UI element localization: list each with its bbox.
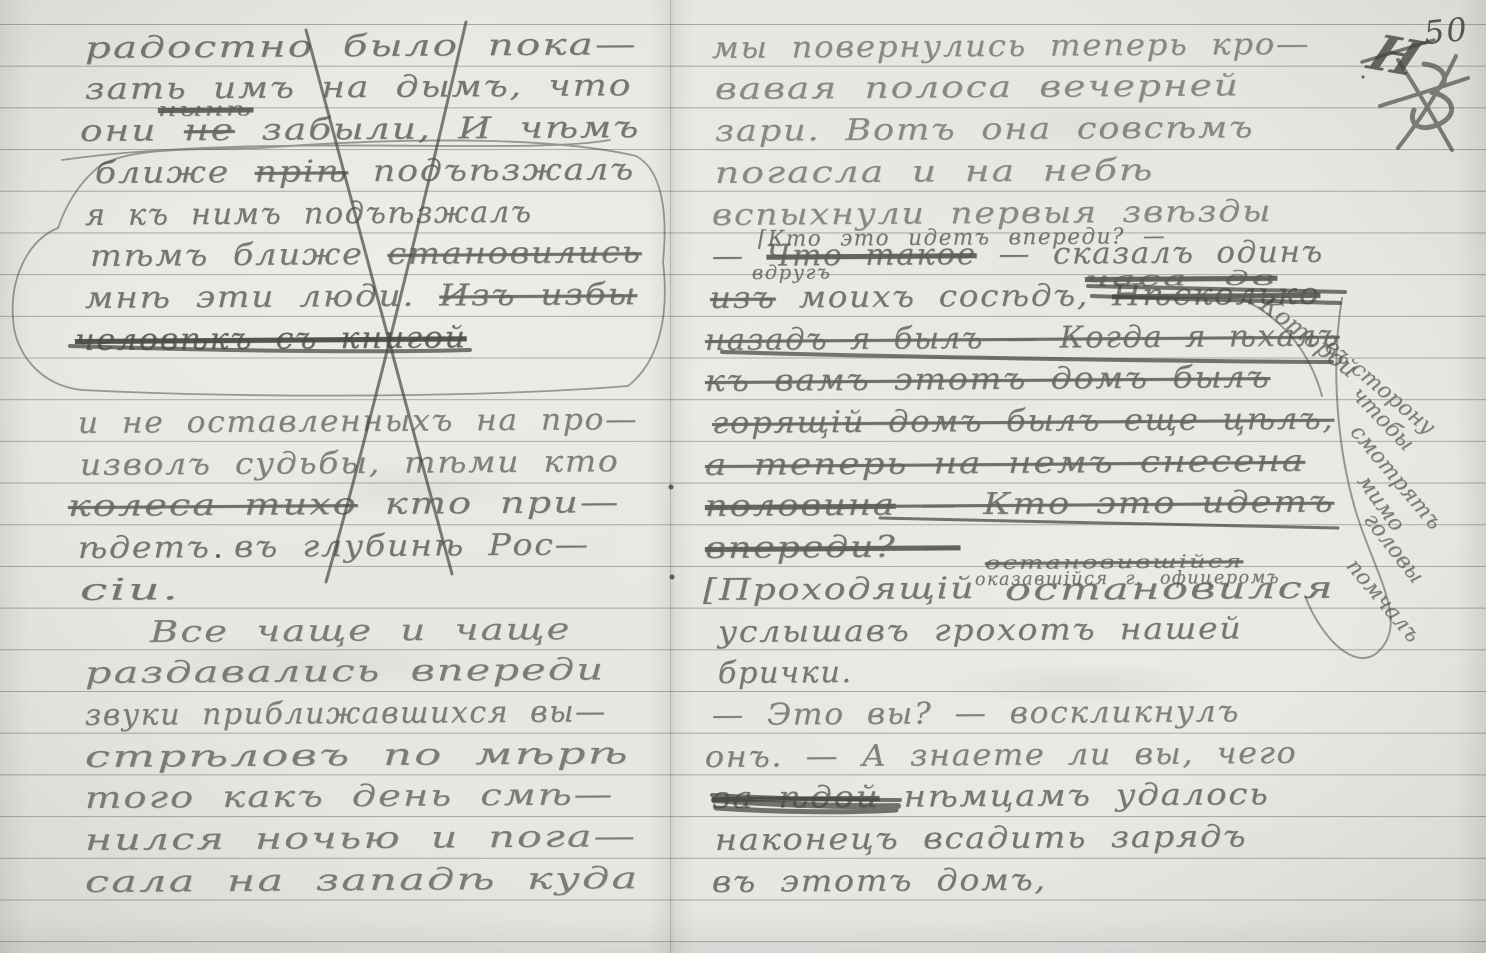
- struck-text: впереди? —: [705, 529, 961, 566]
- manuscript-line: мы повернулись теперь кро—: [712, 25, 1311, 69]
- handwritten-text: ѣдетъ въ глубинѣ Рос—: [78, 528, 590, 567]
- handwritten-text: радостно было пока—: [85, 27, 638, 66]
- handwritten-text: сіи.: [80, 572, 181, 608]
- handwritten-text: мнѣ эти люди.: [85, 278, 440, 315]
- manuscript-line: сіи.: [80, 570, 181, 611]
- handwritten-text: звуки приближавшихся вы—: [85, 694, 607, 733]
- manuscript-line: наконецъ всадить зарядъ: [715, 817, 1248, 861]
- manuscript-line: мнѣ эти люди. Изъ избы: [85, 275, 638, 319]
- handwritten-text: погасла и на небѣ: [715, 153, 1155, 191]
- manuscript-line: нынѣ: [158, 89, 254, 130]
- manuscript-line: часа дв: [1085, 258, 1278, 299]
- handwritten-text: я къ нимъ подъѣзжалъ: [85, 194, 533, 232]
- struck-text: Изъ избы: [439, 277, 637, 313]
- handwritten-text: забыли, И чѣмъ: [235, 110, 641, 148]
- handwritten-text: изволъ судьбы, тѣми кто: [80, 444, 620, 483]
- manuscript-line: раздавались впереди: [85, 651, 606, 695]
- handwritten-text: мы повернулись теперь кро—: [712, 27, 1311, 66]
- manuscript-line: къ вамъ этотъ домъ былъ: [705, 358, 1271, 402]
- struck-text: колеса тихо: [68, 487, 358, 524]
- handwritten-text: зари. Вотъ она совсѣмъ: [715, 110, 1255, 149]
- handwritten-text: кто при—: [358, 486, 621, 523]
- handwritten-text: нился ночью и пога—: [85, 819, 637, 858]
- manuscript-line: человѣкъ съ книгой: [75, 318, 467, 361]
- manuscript-line: назадъ я былъ — Когда я ѣхалъ: [705, 316, 1340, 360]
- manuscript-line: стрѣловъ по мѣрѣ: [85, 734, 630, 778]
- manuscript-line: и не оставленныхъ на про—: [78, 400, 639, 444]
- manuscript-line: половина — Кто это идетъ: [705, 483, 1335, 527]
- handwritten-text: стрѣловъ по мѣрѣ: [85, 736, 630, 775]
- handwritten-text: подъѣзжалъ: [348, 152, 635, 189]
- handwritten-text: услышавъ грохотъ нашей: [718, 611, 1243, 650]
- manuscript-line: остановился: [1005, 568, 1335, 610]
- manuscript-line: впереди? —: [705, 527, 961, 569]
- handwritten-text: наконецъ всадить зарядъ: [715, 819, 1248, 858]
- manuscript-line: ѣдетъ въ глубинѣ Рос—: [78, 526, 590, 570]
- manuscript-line: тѣмъ ближе становились: [90, 233, 642, 277]
- struck-text: изъ: [710, 280, 776, 315]
- manuscript-line: ближе пріѣ подъѣзжалъ: [95, 150, 635, 194]
- manuscript-line: — Это вы? — воскликнулъ: [712, 692, 1240, 736]
- manuscript-line: а теперь на немъ снесена: [705, 441, 1306, 485]
- handwritten-text: вавая полоса вечерней: [715, 69, 1240, 108]
- handwritten-text: моихъ сосѣдъ,: [776, 278, 1112, 315]
- struck-text: а теперь на немъ снесена: [705, 443, 1306, 482]
- manuscript-line: въ этотъ домъ,: [712, 860, 1047, 902]
- handwritten-text: въ этотъ домъ,: [712, 862, 1047, 899]
- handwritten-text: брички.: [718, 655, 853, 691]
- manuscript-line: изволъ судьбы, тѣми кто: [80, 442, 620, 486]
- handwritten-text: [Проходящій: [703, 571, 976, 608]
- manuscript-line: [Проходящій: [703, 569, 976, 611]
- handwritten-text: сала на западѣ куда: [85, 861, 640, 900]
- manuscript-line: брички.: [718, 653, 853, 694]
- struck-text: часа дв: [1085, 266, 1278, 291]
- struck-text: нынѣ: [158, 98, 254, 121]
- struck-text: половина: [705, 488, 896, 524]
- struck-text: становились: [387, 235, 642, 272]
- manuscript-line: за ѣдой нѣмцамъ удалось: [712, 775, 1270, 819]
- handwritten-text: остановился: [1005, 570, 1335, 607]
- manuscript-scan: радостно было пока—зать имъ на дымъ, что…: [0, 0, 1486, 953]
- handwritten-text: того какъ день смѣ—: [85, 778, 615, 817]
- handwritten-text: — Это вы? — воскликнулъ: [712, 694, 1240, 733]
- struck-text: къ вамъ этотъ домъ былъ: [705, 360, 1271, 399]
- struck-text: за ѣдой: [712, 780, 880, 816]
- struck-text: пріѣ: [254, 154, 348, 190]
- manuscript-line: нился ночью и пога—: [85, 817, 637, 861]
- struck-text: человѣкъ съ книгой: [75, 320, 467, 358]
- manuscript-line: вавая полоса вечерней: [715, 67, 1240, 111]
- gutter-fold-line: [670, 0, 671, 953]
- handwritten-text: онъ. — А знаете ли вы, чего: [705, 735, 1298, 774]
- manuscript-line: онъ. — А знаете ли вы, чего: [705, 733, 1298, 777]
- handwritten-text: Все чаще и чаще: [150, 612, 572, 650]
- handwritten-text: тѣмъ ближе: [90, 237, 388, 274]
- manuscript-line: звуки приближавшихся вы—: [85, 692, 607, 736]
- struck-text: горящій домъ былъ еще цѣлъ,: [712, 402, 1335, 441]
- manuscript-line: горящій домъ былъ еще цѣлъ,: [712, 400, 1335, 444]
- handwritten-text: и не оставленныхъ на про—: [78, 402, 639, 441]
- manuscript-line: зари. Вотъ она совсѣмъ: [715, 108, 1255, 152]
- struck-text: —: [896, 487, 984, 523]
- manuscript-line: Все чаще и чаще: [150, 610, 572, 653]
- manuscript-line: радостно было пока—: [85, 25, 638, 69]
- manuscript-line: того какъ день смѣ—: [85, 776, 615, 820]
- manuscript-line: услышавъ грохотъ нашей: [718, 609, 1243, 653]
- manuscript-line: сала на западѣ куда: [85, 859, 640, 903]
- handwritten-text: раздавались впереди: [85, 653, 606, 692]
- manuscript-line: колеса тихо кто при—: [68, 484, 621, 528]
- handwritten-text: ближе: [95, 155, 255, 191]
- manuscript-line: я къ нимъ подъѣзжалъ: [85, 192, 533, 235]
- manuscript-line: погасла и на небѣ: [715, 151, 1155, 194]
- gutter-fold: [648, 0, 696, 953]
- struck-text: Кто это идетъ: [983, 485, 1334, 522]
- handwritten-text: нѣмцамъ удалось: [879, 777, 1269, 815]
- struck-text: назадъ я былъ — Когда я ѣхалъ: [705, 318, 1340, 357]
